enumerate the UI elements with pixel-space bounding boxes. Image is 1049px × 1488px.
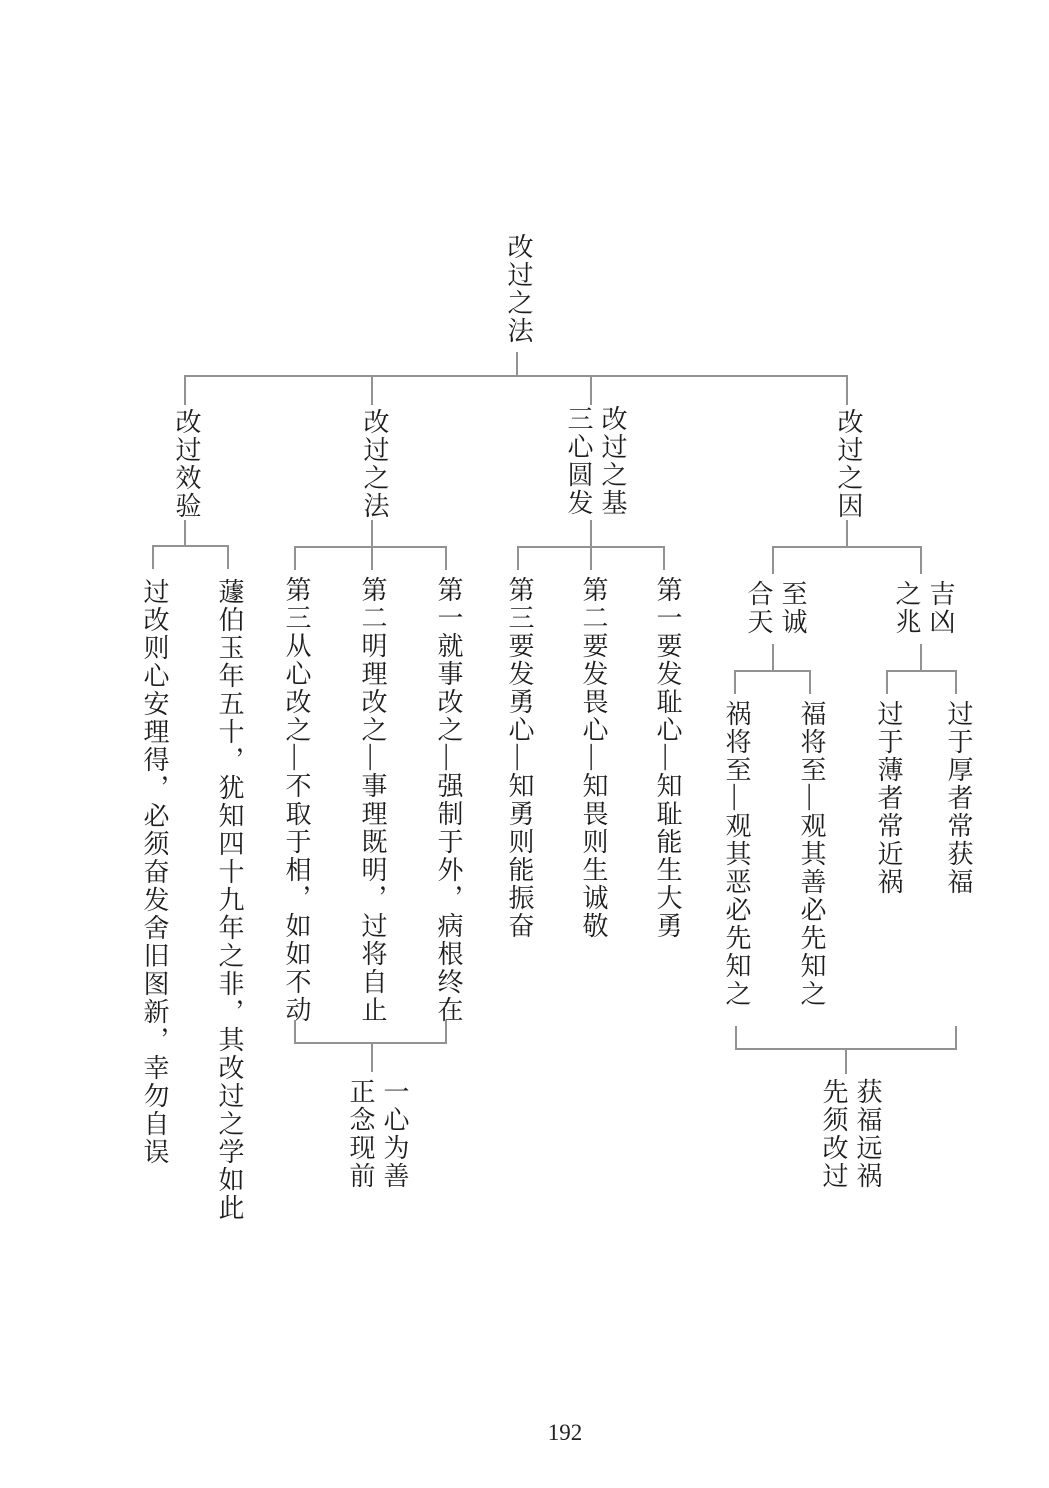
connector [371,546,373,570]
connector [955,670,957,694]
leaf-zhicheng-2: 祸将至—观其恶必先知之 [721,700,751,1008]
connector [772,546,922,548]
leaf-jixiong-2: 过于薄者常近祸 [873,700,903,896]
connector [845,1048,847,1074]
connector-drop-zhifa [371,375,373,405]
connector-drop-xiaoyan [184,375,186,405]
connector [184,520,186,547]
leaf-zhifa-2: 第二明理改之—事理既明，过将自止 [357,576,387,1024]
branch-zhiyin-label: 改过之因 [833,408,863,520]
leaf-xiaoyan-1: 蘧伯玉年五十，犹知四十九年之非，其改过之学如此 [214,578,244,1222]
leaf-jixiong-1: 过于厚者常获福 [943,700,973,896]
branch-xiaoyan-label: 改过效验 [171,408,201,520]
connector [772,644,774,672]
connector-top-rail [184,375,848,377]
leaf-zhicheng-1: 福将至—观其善必先知之 [796,700,826,1008]
leaf-zhiji-2: 第二要发畏心—知畏则生诚敬 [578,576,608,940]
connector [371,1042,373,1072]
diagram-page: 改过之法 改过效验 蘧伯玉年五十，犹知四十九年之非，其改过之学如此 过改则心安理… [0,0,1049,1488]
leaf-zhiji-3: 第三要发勇心—知勇则能振奋 [504,576,534,940]
connector [152,545,229,547]
connector [920,546,922,574]
branch-zhifa-label: 改过之法 [359,408,389,520]
connector [445,1020,447,1044]
summary-zhifa: 一心为善 正念现前 [343,1078,411,1190]
connector [294,546,296,570]
connector [734,670,736,694]
leaf-zhifa-3: 第三从心改之—不取于相，如如不动 [281,576,311,1024]
summary-zhiyin: 获福远祸 先须改过 [816,1078,884,1190]
leaf-zhifa-1: 第一就事改之—强制于外，病根终在 [433,576,463,1024]
leaf-xiaoyan-2: 过改则心安理得，必须奋发舍旧图新，幸勿自误 [139,578,169,1166]
connector [886,670,957,672]
connector [294,1020,296,1044]
connector [734,670,811,672]
connector [371,520,373,548]
connector [920,644,922,672]
page-number: 192 [525,1420,605,1446]
connector [663,546,665,570]
connector-root-drop [516,352,518,376]
connector [445,546,447,570]
connector [886,670,888,694]
connector [772,546,774,574]
connector [590,546,592,570]
connector [227,545,229,569]
connector [955,1026,957,1050]
connector-drop-zhiji [590,375,592,405]
connector [590,520,592,548]
connector [152,545,154,569]
group-jixiong-label: 吉凶 之兆 [889,580,957,636]
connector [735,1026,737,1050]
leaf-zhiji-1: 第一要发耻心—知耻能生大勇 [652,576,682,940]
connector-drop-zhiyin [846,375,848,405]
connector [846,520,848,548]
group-zhicheng-label: 至诚 合天 [741,580,809,636]
branch-zhiji-label: 改过之基 三心圆发 [561,405,629,517]
connector [517,546,519,570]
connector [809,670,811,694]
root-node: 改过之法 [503,233,533,345]
